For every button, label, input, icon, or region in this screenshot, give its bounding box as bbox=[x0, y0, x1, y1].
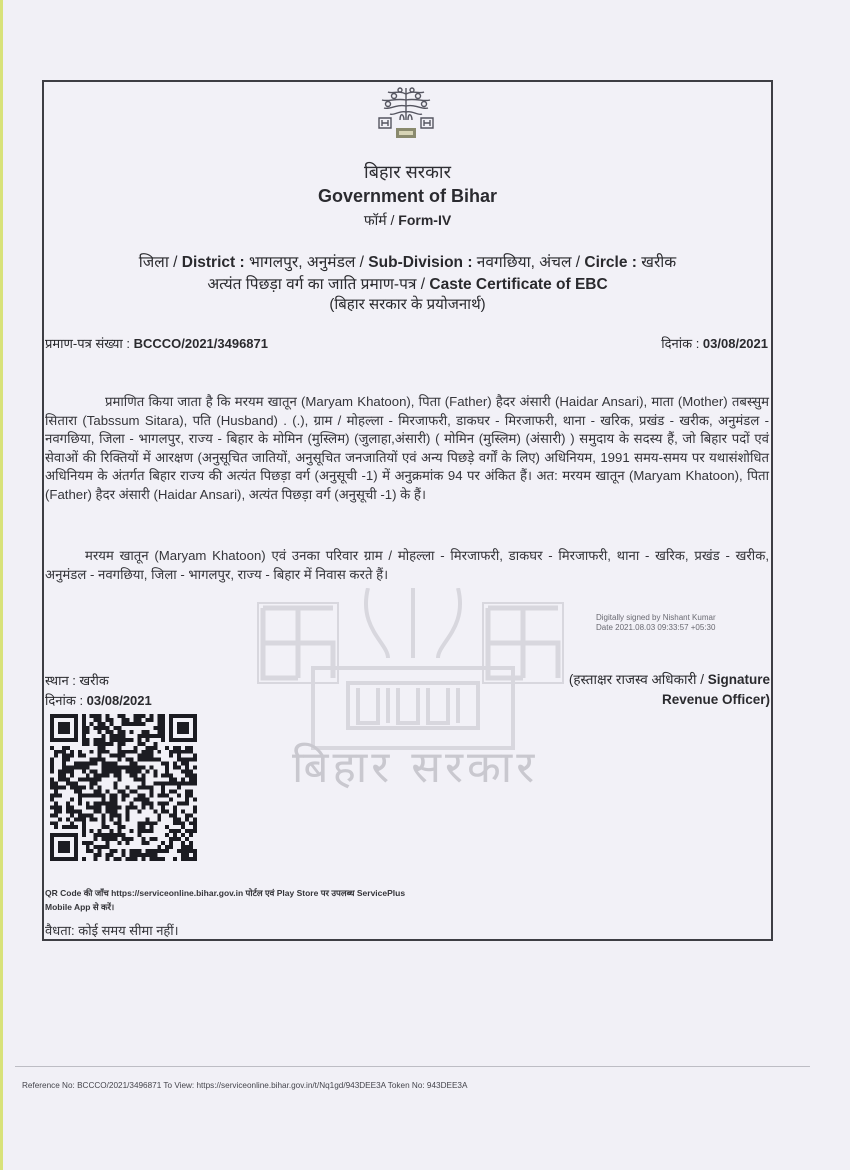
qr-verification-note: QR Code की जाँच https://serviceonline.bi… bbox=[45, 886, 525, 914]
issue-date-label: दिनांक : bbox=[45, 693, 87, 708]
separator: / bbox=[387, 212, 399, 228]
form-label-hindi: फॉर्म bbox=[364, 212, 387, 228]
qr-note-line2: Mobile App से करें। bbox=[45, 900, 525, 914]
certificate-date-value: 03/08/2021 bbox=[703, 336, 768, 351]
reference-footer: Reference No: BCCCO/2021/3496871 To View… bbox=[22, 1081, 467, 1090]
signature-label-hindi: (हस्ताक्षर राजस्व अधिकारी / bbox=[569, 672, 708, 687]
form-number: फॉर्म / Form-IV bbox=[42, 211, 773, 230]
qr-note-line1: QR Code की जाँच https://serviceonline.bi… bbox=[45, 886, 525, 900]
subdivision-label-hindi: अनुमंडल / bbox=[307, 254, 368, 271]
validity-note: वैधता: कोई समय सीमा नहीं। bbox=[45, 921, 179, 939]
certification-paragraph: प्रमाणित किया जाता है कि मरयम खातून (Mar… bbox=[45, 393, 769, 505]
title-english: Caste Certificate of EBC bbox=[429, 276, 607, 293]
circle-label: Circle : bbox=[584, 254, 637, 271]
qr-code-icon[interactable] bbox=[50, 714, 197, 861]
issue-date: दिनांक : 03/08/2021 bbox=[45, 691, 152, 709]
place: स्थान : खरीक bbox=[45, 671, 109, 689]
title-hindi: अत्यंत पिछड़ा वर्ग का जाति प्रमाण-पत्र / bbox=[207, 276, 429, 293]
certificate-number-value: BCCCO/2021/3496871 bbox=[134, 336, 268, 351]
certificate-number-label: प्रमाण-पत्र संख्या : bbox=[45, 336, 134, 351]
form-label-english: Form-IV bbox=[398, 212, 451, 228]
bihar-emblem-icon bbox=[374, 84, 438, 142]
certificate-title: अत्यंत पिछड़ा वर्ग का जाति प्रमाण-पत्र /… bbox=[42, 272, 773, 294]
place-label: स्थान : bbox=[45, 673, 80, 688]
certificate-date-label: दिनांक : bbox=[661, 336, 703, 351]
district-label-hindi: जिला / bbox=[139, 254, 182, 271]
place-value: खरीक bbox=[80, 673, 109, 688]
circle-value: खरीक bbox=[637, 254, 676, 271]
circle-label-hindi: अंचल / bbox=[539, 254, 584, 271]
page-edge bbox=[0, 0, 3, 1170]
digital-signature-date: Date 2021.08.03 09:33:57 +05:30 bbox=[596, 623, 716, 633]
certificate-number: प्रमाण-पत्र संख्या : BCCCO/2021/3496871 bbox=[45, 334, 268, 352]
certificate-date: दिनांक : 03/08/2021 bbox=[661, 334, 768, 352]
issue-date-value: 03/08/2021 bbox=[87, 693, 152, 708]
location-line: जिला / District : भागलपुर, अनुमंडल / Sub… bbox=[42, 250, 773, 272]
signature-label: Signature bbox=[708, 672, 770, 687]
residence-paragraph: मरयम खातून (Maryam Khatoon) एवं उनका परि… bbox=[45, 547, 769, 584]
subdivision-label: Sub-Division : bbox=[368, 254, 472, 271]
certificate-purpose: (बिहार सरकार के प्रयोजनार्थ) bbox=[42, 294, 773, 314]
district-value: भागलपुर, bbox=[245, 254, 307, 271]
signature-block: (हस्ताक्षर राजस्व अधिकारी / Signature Re… bbox=[569, 670, 770, 710]
digital-signature-signer: Digitally signed by Nishant Kumar bbox=[596, 613, 716, 623]
subdivision-value: नवगछिया, bbox=[473, 254, 540, 271]
org-name-english: Government of Bihar bbox=[42, 186, 773, 207]
org-name-hindi: बिहार सरकार bbox=[42, 160, 773, 184]
digital-signature: Digitally signed by Nishant Kumar Date 2… bbox=[596, 613, 716, 633]
signature-designation: Revenue Officer) bbox=[569, 690, 770, 710]
footer-divider bbox=[15, 1066, 810, 1067]
district-label: District : bbox=[182, 254, 245, 271]
watermark-text: बिहार सरकार bbox=[292, 735, 538, 795]
